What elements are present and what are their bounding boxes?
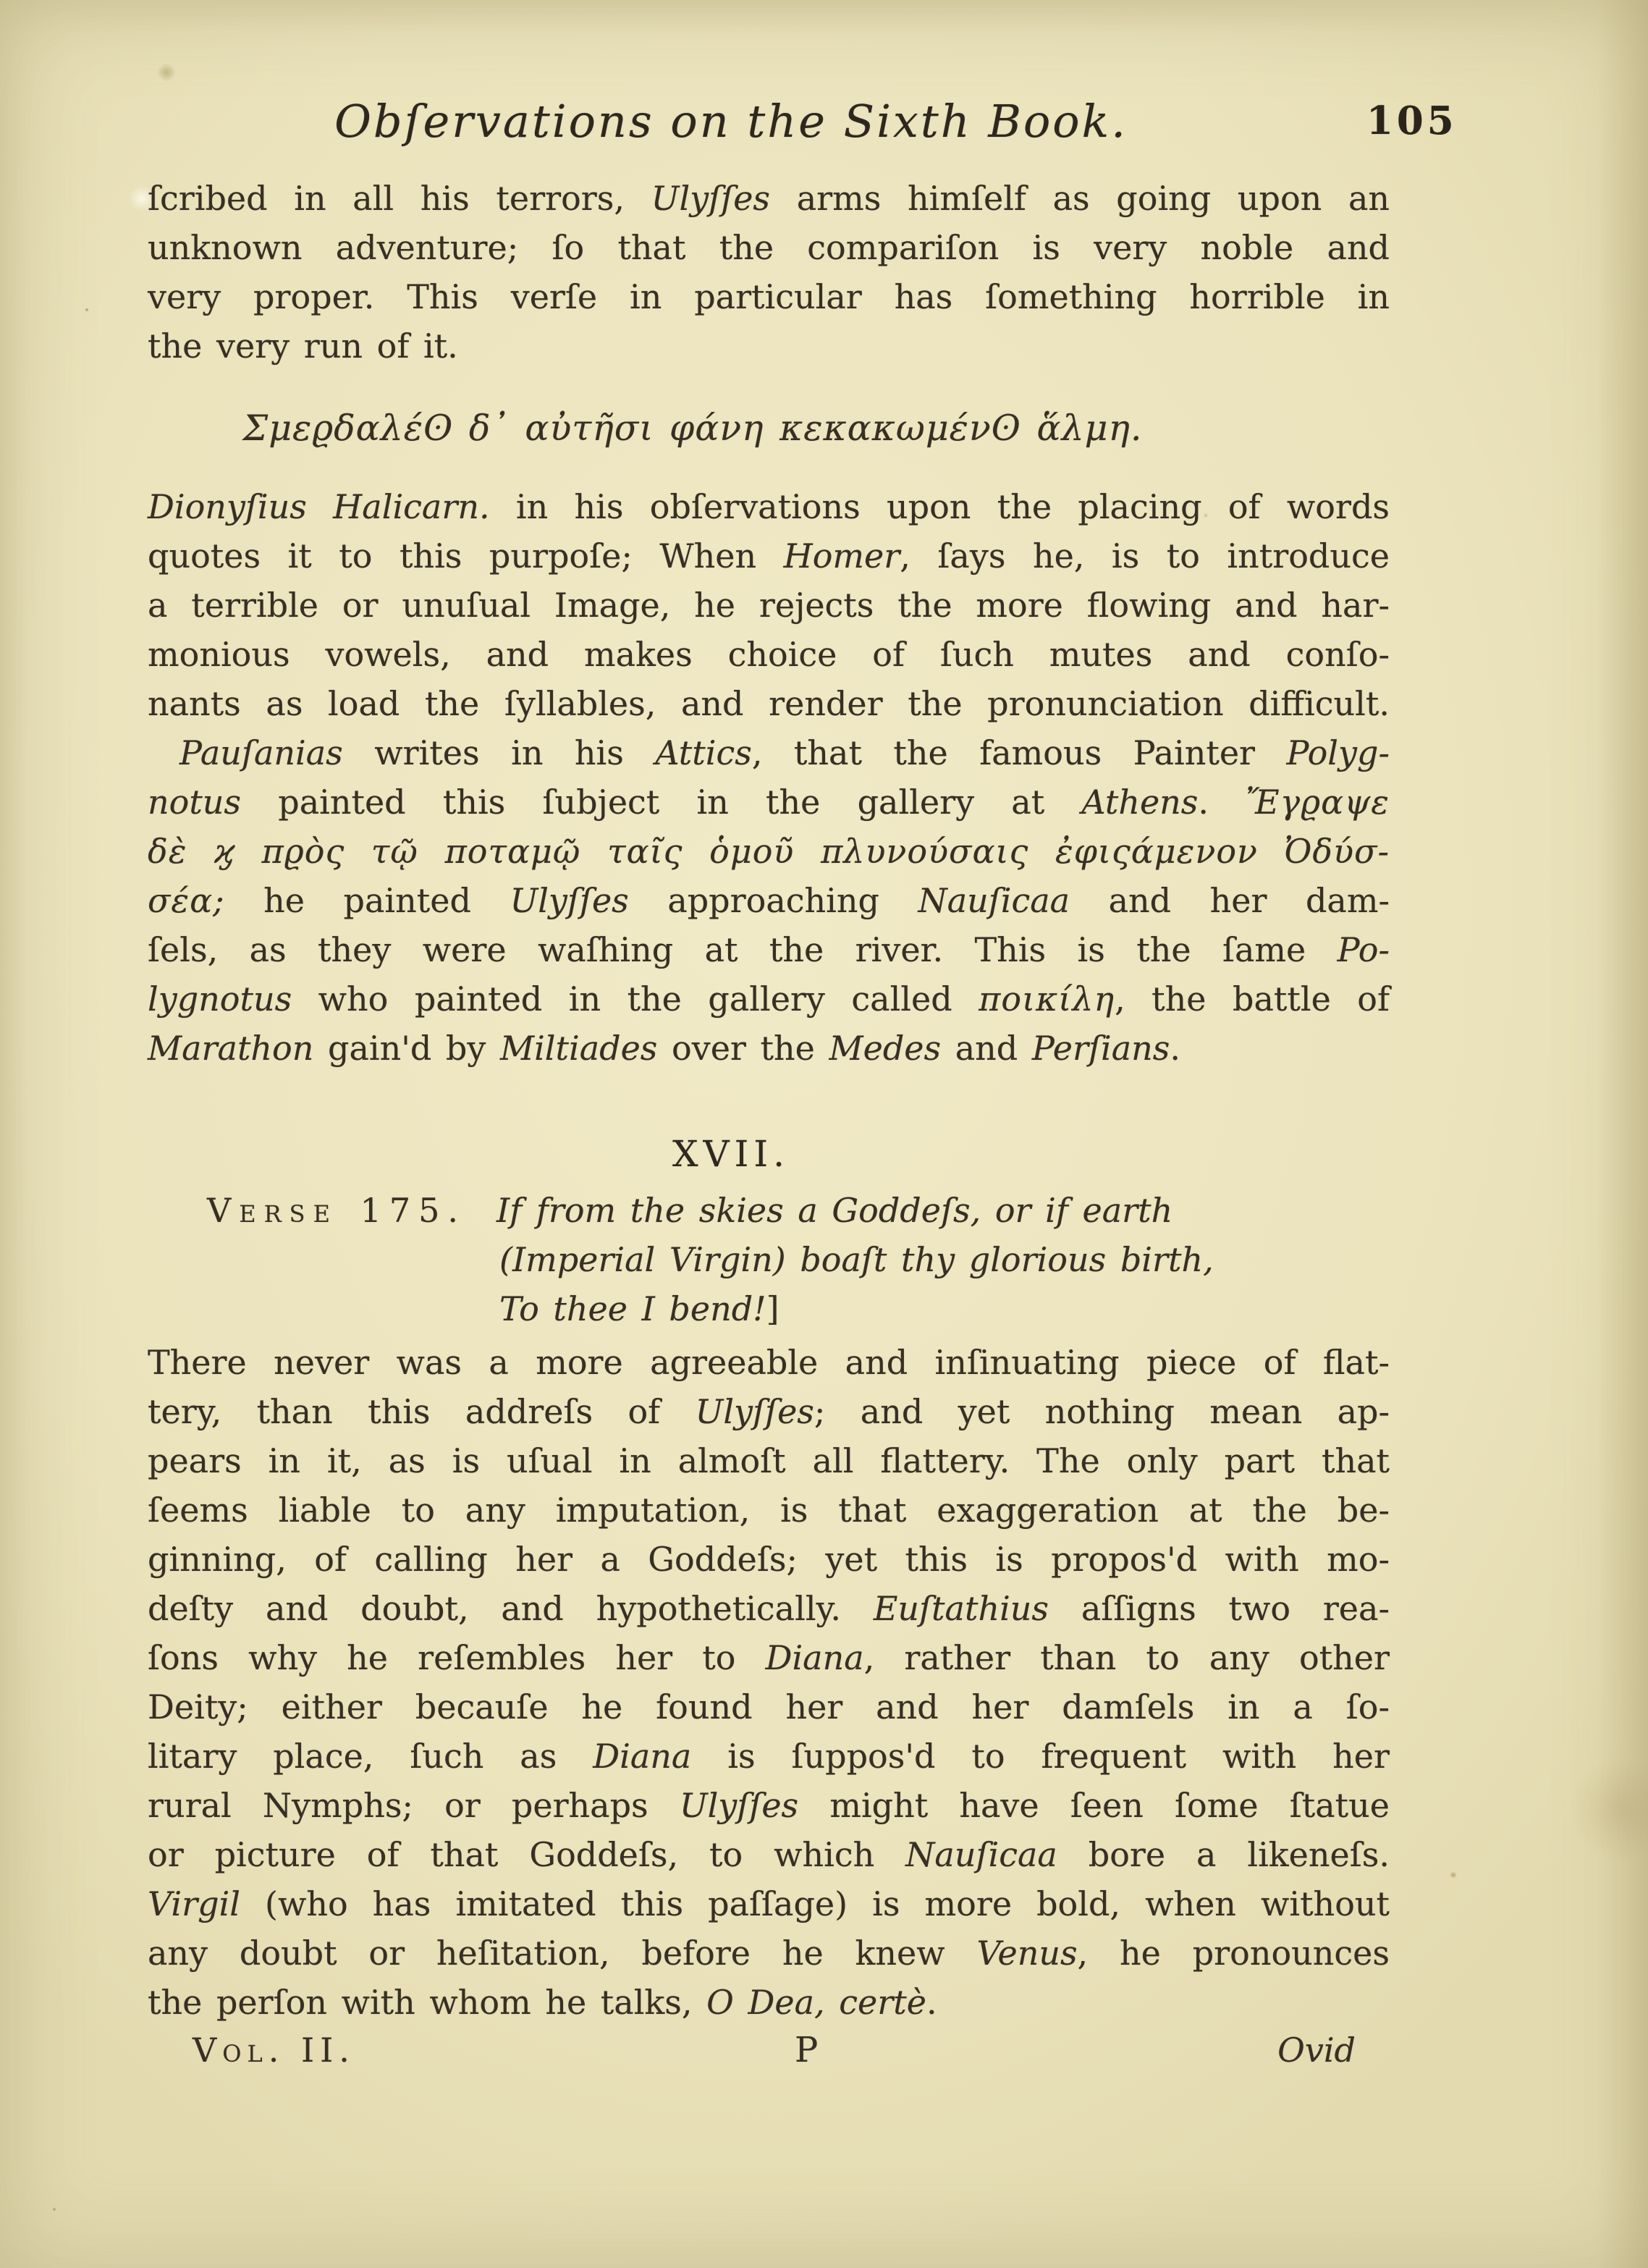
text-segment: nants as load the ſyllables, and render … [148,684,1390,723]
text-segment: ginning, of calling her a Goddeſs; yet t… [148,1540,1390,1579]
text-segment: Euſtathius [874,1589,1049,1628]
page-number: 105 [1366,98,1482,143]
text-segment: very proper. This verſe in particular ha… [148,277,1390,316]
volume-label: Vol. II. [193,2025,355,2075]
text-line: monious vowels, and makes choice of ſuch… [148,630,1390,679]
text-segment: painted this ſubject in the gallery at [241,783,1081,822]
text-segment: Ulyſſes [680,1786,798,1825]
text-segment: Ulyſſes [696,1392,814,1431]
text-segment: quotes it to this purpoſe; When [148,536,784,576]
text-line: Σμεϱδαλέʘ δ᾽ αὐτῆσι φάνη κεκακωμένʘ ἅλμη… [148,404,1390,453]
running-title: Obſervations on the Sixth Book. [110,88,1352,155]
section-number-heading: XVII. [110,1129,1352,1179]
text-line: There never was a more agreeable and inſ… [148,1338,1390,1387]
text-line: or picture of that Goddeſs, to which Nau… [148,1830,1390,1879]
text-segment: Attics [655,733,751,772]
text-segment: who painted in the gallery called [292,979,979,1019]
text-segment: Polyg- [1287,733,1390,772]
paragraph-dionysius: Dionyſius Halicarn. in his obſervations … [148,482,1390,728]
text-segment: bore a likeneſs. [1057,1835,1390,1874]
text-segment: might have ſeen ſome ſtatue [798,1786,1390,1825]
text-segment: , that the famous Painter [752,733,1287,772]
text-segment: and [941,1029,1032,1068]
text-segment: ποικίλη [979,979,1115,1019]
text-segment: , rather than to any other [864,1638,1390,1677]
text-line: nants as load the ſyllables, and render … [148,679,1390,728]
text-segment: ] [766,1289,779,1328]
text-line: Dionyſius Halicarn. in his obſervations … [148,482,1390,531]
text-segment: Diana [766,1638,864,1677]
text-segment: a terrible or unuſual Image, he rejects … [148,586,1390,625]
text-segment: (Imperial Virgin) boaſt thy glorious bir… [499,1240,1214,1279]
text-line: ſeems liable to any imputation, is that … [148,1485,1390,1535]
text-segment: Σμεϱδαλέʘ δ᾽ αὐτῆσι φάνη κεκακωμένʘ ἅλμη… [243,408,1143,449]
text-line: ginning, of calling her a Goddeſs; yet t… [148,1535,1390,1584]
text-segment: Deity; either becauſe he found her and h… [148,1687,1390,1727]
text-segment: Diana [593,1737,691,1776]
paragraph-catchline: ſcribed in all his terrors, Ulyſſes arms… [148,174,1390,371]
text-segment: Miltiades [500,1029,657,1068]
text-line: δὲ ϗ πϱὸς τῷ ποταμῷ ταῖς ὁμοῦ πλυνούσαις… [148,827,1390,876]
text-line: Pauſanias writes in his Attics, that the… [148,728,1390,777]
text-segment: gain'd by [313,1029,500,1068]
scanned-book-page: Obſervations on the Sixth Book. 105 ſcri… [0,0,1648,2268]
paragraph-commentary: There never was a more agreeable and inſ… [148,1338,1390,2027]
text-segment: Nauſicaa [905,1835,1057,1874]
text-line: ſels, as they were waſhing at the river.… [148,925,1390,974]
text-segment: , he pronounces [1078,1934,1390,1973]
page-footer: Vol. II. P Ovid [148,2025,1390,2075]
text-line: ſcribed in all his terrors, Ulyſſes arms… [148,174,1390,223]
text-segment: ſeems liable to any imputation, is that … [148,1491,1390,1530]
text-segment: Verse 175. [207,1191,466,1230]
text-segment: tery, than this addreſs of [148,1392,696,1431]
text-line: Marathon gain'd by Miltiades over the Me… [148,1024,1390,1073]
text-line: ſons why he reſembles her to Diana, rath… [148,1633,1390,1682]
text-segment: any doubt or heſitation, before he knew [148,1934,976,1973]
text-segment: There never was a more agreeable and inſ… [148,1343,1390,1382]
text-segment: To thee I bend! [499,1289,766,1328]
text-segment: Venus [976,1934,1077,1973]
text-line: tery, than this addreſs of Ulyſſes; and … [148,1387,1390,1436]
text-line: the very run of it. [148,321,1390,371]
text-line: lygnotus who painted in the gallery call… [148,974,1390,1024]
text-line: Virgil (who has imitated this paſſage) i… [148,1879,1390,1928]
text-line: Verse 175.If from the skies a Goddeſs, o… [207,1186,1390,1235]
page-header: Obſervations on the Sixth Book. [148,88,1390,155]
text-segment: Medes [829,1029,942,1068]
text-line: a terrible or unuſual Image, he rejects … [148,581,1390,630]
text-segment: writes in his [343,733,656,772]
text-segment: approaching [629,881,918,920]
text-segment: Pauſanias [179,733,343,772]
text-segment: arms himſelf as going upon an [770,179,1390,218]
text-segment: . [1198,783,1246,822]
text-segment: , the battle of [1115,979,1390,1019]
text-segment: rural Nymphs; or perhaps [148,1786,680,1825]
signature-mark: P [795,2025,818,2075]
text-segment: and her dam- [1070,881,1390,920]
text-segment: Athens [1081,783,1198,822]
text-line: litary place, ſuch as Diana is ſuppos'd … [148,1732,1390,1781]
text-line: unknown adventure; ſo that the compariſo… [148,223,1390,272]
text-line: notus painted this ſubject in the galler… [148,777,1390,827]
text-segment: pears in it, as is uſual in almoſt all f… [148,1441,1390,1480]
text-line: quotes it to this purpoſe; When Homer, ſ… [148,531,1390,581]
text-segment: ſels, as they were waſhing at the river.… [148,930,1338,969]
text-segment: . [926,1983,937,2022]
text-segment: Marathon [148,1029,313,1068]
text-line: pears in it, as is uſual in almoſt all f… [148,1436,1390,1485]
text-segment: over the [657,1029,829,1068]
text-segment: litary place, ſuch as [148,1737,593,1776]
text-line: very proper. This verſe in particular ha… [148,272,1390,321]
text-segment: ; and yet nothing mean ap- [814,1392,1390,1431]
text-segment: σέα; [148,881,225,920]
text-segment: monious vowels, and makes choice of ſuch… [148,635,1390,674]
text-segment: notus [148,783,241,822]
text-segment: aſſigns two rea- [1049,1589,1390,1628]
text-line: rural Nymphs; or perhaps Ulyſſes might h… [148,1781,1390,1830]
text-segment: . [1170,1029,1180,1068]
text-block: ſcribed in all his terrors, Ulyſſes arms… [148,174,1390,2027]
text-segment: Ulyſſes [510,881,628,920]
text-segment: Virgil [148,1884,240,1923]
text-segment: If from the skies a Goddeſs, or if earth [496,1191,1172,1230]
text-segment: Perſians [1032,1029,1170,1068]
text-line: σέα; he painted Ulyſſes approaching Nauſ… [148,876,1390,925]
text-line: Deity; either becauſe he found her and h… [148,1682,1390,1732]
text-segment: Ἔγϱαψε [1246,783,1390,822]
paragraph-pausanias: Pauſanias writes in his Attics, that the… [148,728,1390,1073]
text-segment: is ſuppos'd to frequent with her [691,1737,1390,1776]
greek-verse-quote: Σμεϱδαλέʘ δ᾽ αὐτῆσι φάνη κεκακωμένʘ ἅλμη… [148,404,1390,453]
text-segment: Po- [1338,930,1390,969]
text-segment: , ſays he, is to introduce [900,536,1390,576]
text-segment: deſty and doubt, and hypothetically. [148,1589,874,1628]
text-segment: lygnotus [148,979,292,1019]
text-line: the perſon with whom he talks, O Dea, ce… [148,1978,1390,2027]
text-segment: in his obſervations upon the placing of … [490,487,1390,526]
text-segment: the perſon with whom he talks, [148,1983,706,2022]
text-segment: the very run of it. [148,326,458,366]
text-line: deſty and doubt, and hypothetically. Euſ… [148,1584,1390,1633]
text-segment: Ulyſſes [651,179,770,218]
verse-lemma-block: Verse 175.If from the skies a Goddeſs, o… [148,1186,1390,1333]
text-segment: he painted [225,881,510,920]
text-segment: δὲ ϗ πϱὸς τῷ ποταμῷ ταῖς ὁμοῦ πλυνούσαις… [148,832,1390,871]
text-segment: Dionyſius Halicarn. [148,487,490,526]
text-segment: O Dea, certè [706,1983,926,2022]
text-segment: unknown adventure; ſo that the compariſo… [148,228,1390,267]
text-segment: Homer [784,536,900,576]
text-segment: Nauſicaa [918,881,1070,920]
text-segment: or picture of that Goddeſs, to which [148,1835,905,1874]
text-line: any doubt or heſitation, before he knew … [148,1928,1390,1978]
text-segment: ſcribed in all his terrors, [148,179,651,218]
text-segment: ſons why he reſembles her to [148,1638,766,1677]
text-line: (Imperial Virgin) boaſt thy glorious bir… [499,1235,1390,1284]
text-segment: (who has imitated this paſſage) is more … [240,1884,1390,1923]
text-line: To thee I bend!] [499,1284,1390,1333]
catchword: Ovid [1277,2025,1356,2075]
